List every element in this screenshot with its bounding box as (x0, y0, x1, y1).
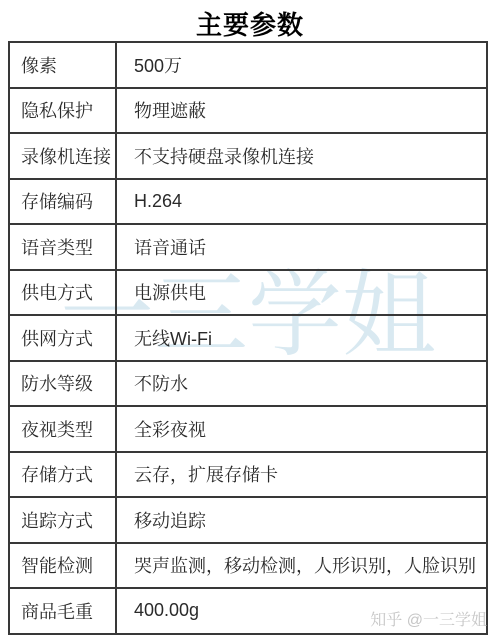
table-row: 商品毛重400.00g (9, 588, 487, 634)
table-row: 夜视类型全彩夜视 (9, 406, 487, 452)
spec-sheet-page: 一三学姐 主要参数 像素500万隐私保护物理遮蔽录像机连接不支持硬盘录像机连接存… (0, 0, 500, 643)
table-row: 防水等级不防水 (9, 361, 487, 407)
table-row: 存储方式云存，扩展存储卡 (9, 452, 487, 498)
page-title: 主要参数 (0, 5, 500, 42)
spec-table: 像素500万隐私保护物理遮蔽录像机连接不支持硬盘录像机连接存储编码H.264语音… (8, 41, 488, 635)
spec-label: 供电方式 (9, 270, 116, 316)
spec-label: 防水等级 (9, 361, 116, 407)
table-row: 智能检测哭声监测，移动检测，人形识别，人脸识别 (9, 543, 487, 589)
spec-value: H.264 (116, 179, 487, 225)
spec-label: 语音类型 (9, 224, 116, 270)
table-row: 录像机连接不支持硬盘录像机连接 (9, 133, 487, 179)
spec-value: 400.00g (116, 588, 487, 634)
spec-value: 物理遮蔽 (116, 88, 487, 134)
spec-label: 智能检测 (9, 543, 116, 589)
spec-value: 不防水 (116, 361, 487, 407)
table-row: 供电方式电源供电 (9, 270, 487, 316)
table-row: 语音类型语音通话 (9, 224, 487, 270)
table-row: 隐私保护物理遮蔽 (9, 88, 487, 134)
spec-value: 云存，扩展存储卡 (116, 452, 487, 498)
spec-value: 移动追踪 (116, 497, 487, 543)
spec-value: 电源供电 (116, 270, 487, 316)
spec-label: 存储方式 (9, 452, 116, 498)
spec-value: 无线Wi-Fi (116, 315, 487, 361)
spec-table-body: 像素500万隐私保护物理遮蔽录像机连接不支持硬盘录像机连接存储编码H.264语音… (9, 42, 487, 634)
spec-value: 500万 (116, 42, 487, 88)
spec-label: 像素 (9, 42, 116, 88)
table-row: 存储编码H.264 (9, 179, 487, 225)
spec-label: 商品毛重 (9, 588, 116, 634)
spec-value: 不支持硬盘录像机连接 (116, 133, 487, 179)
spec-label: 录像机连接 (9, 133, 116, 179)
table-row: 像素500万 (9, 42, 487, 88)
spec-value: 语音通话 (116, 224, 487, 270)
spec-value: 哭声监测，移动检测，人形识别，人脸识别 (116, 543, 487, 589)
spec-label: 供网方式 (9, 315, 116, 361)
spec-label: 存储编码 (9, 179, 116, 225)
table-row: 追踪方式移动追踪 (9, 497, 487, 543)
table-row: 供网方式无线Wi-Fi (9, 315, 487, 361)
spec-label: 隐私保护 (9, 88, 116, 134)
spec-value: 全彩夜视 (116, 406, 487, 452)
spec-label: 追踪方式 (9, 497, 116, 543)
spec-label: 夜视类型 (9, 406, 116, 452)
